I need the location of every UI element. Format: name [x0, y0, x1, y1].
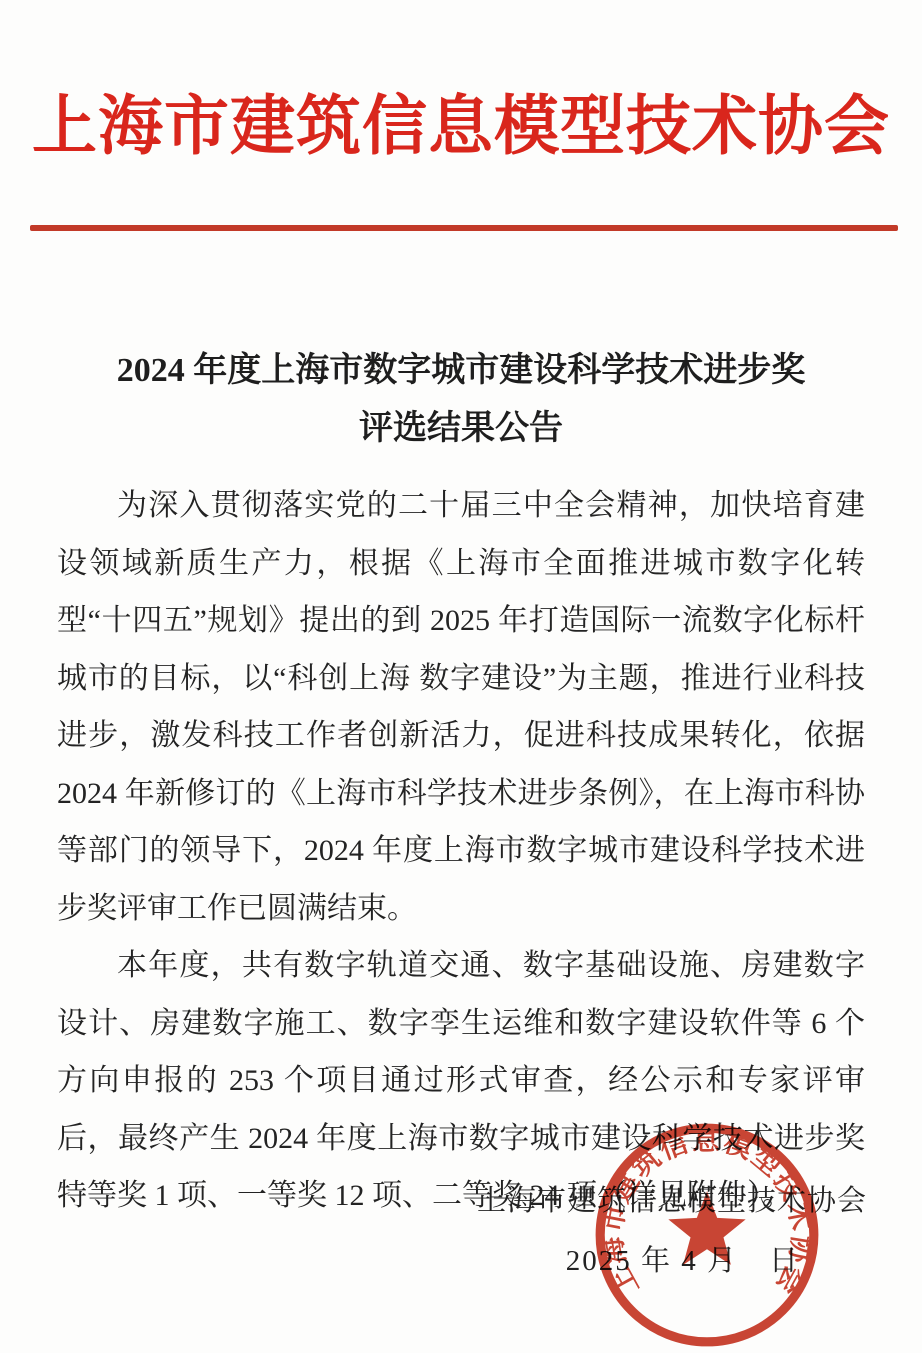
letterhead-divider-rule	[30, 225, 898, 231]
document-page: 上海市建筑信息模型技术协会 2024 年度上海市数字城市建设科学技术进步奖 评选…	[0, 0, 922, 1353]
star-icon	[668, 1191, 745, 1265]
notice-title-line2: 评选结果公告	[0, 400, 922, 458]
notice-body: 为深入贯彻落实党的二十届三中全会精神，加快培育建设领域新质生产力，根据《上海市全…	[57, 477, 865, 1225]
body-paragraph-1: 为深入贯彻落实党的二十届三中全会精神，加快培育建设领域新质生产力，根据《上海市全…	[57, 477, 865, 937]
official-seal: 上海市建筑信息模型技术协会	[590, 1118, 824, 1352]
notice-title: 2024 年度上海市数字城市建设科学技术进步奖 评选结果公告	[0, 342, 922, 458]
letterhead-org-name: 上海市建筑信息模型技术协会	[0, 84, 922, 172]
notice-title-line1: 2024 年度上海市数字城市建设科学技术进步奖	[0, 342, 922, 400]
